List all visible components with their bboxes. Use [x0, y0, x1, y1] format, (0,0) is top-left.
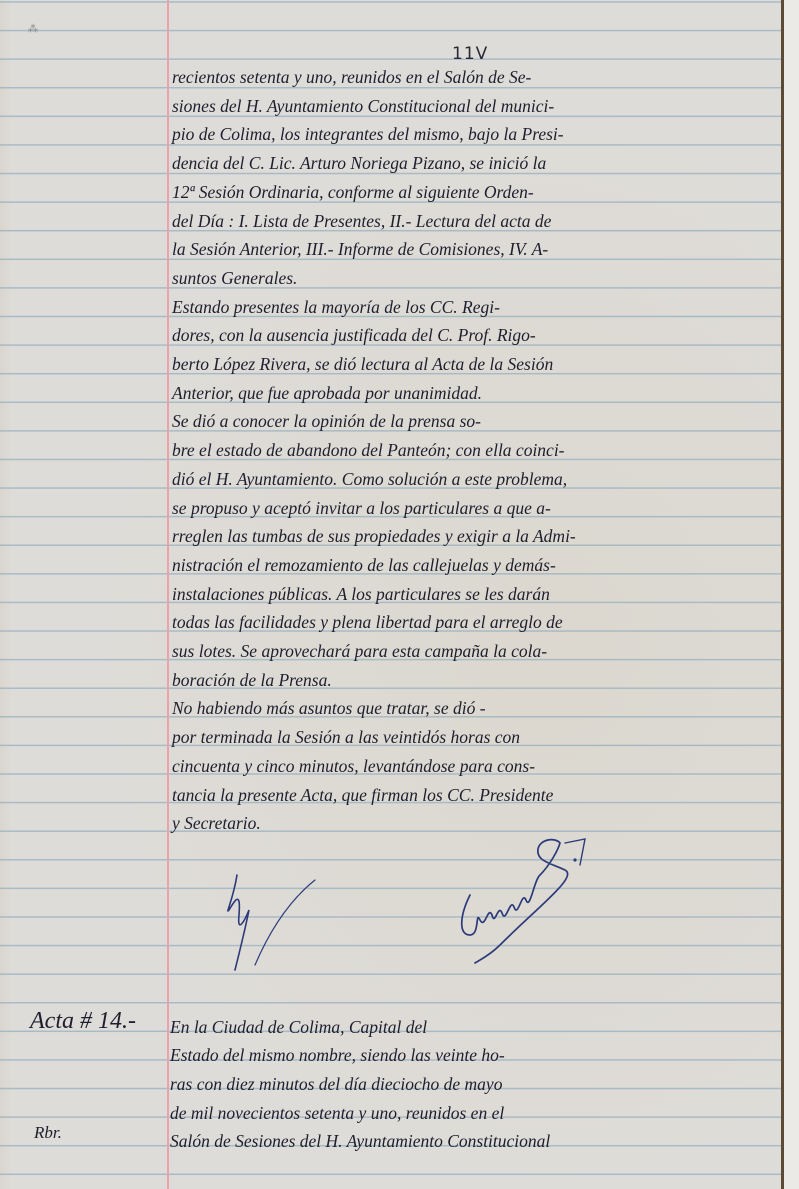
text-line: nistración el remozamiento de las callej… [172, 551, 556, 579]
text-line: pio de Colima, los integrantes del mismo… [172, 120, 564, 148]
text-line: berto López Rivera, se dió lectura al Ac… [172, 350, 553, 378]
text-line: tancia la presente Acta, que firman los … [172, 781, 553, 809]
text-line: En la Ciudad de Colima, Capital del [170, 1013, 427, 1041]
text-line: dencia del C. Lic. Arturo Noriega Pizano… [172, 149, 546, 177]
text-line: Estado del mismo nombre, siendo las vein… [170, 1041, 505, 1069]
text-line: por terminada la Sesión a las veintidós … [172, 723, 520, 751]
text-line: No habiendo más asuntos que tratar, se d… [172, 694, 486, 722]
text-line: dores, con la ausencia justificada del C… [172, 321, 536, 349]
red-margin-line [167, 0, 169, 1189]
adjacent-page-edge [784, 0, 799, 1189]
text-line: Estando presentes la mayoría de los CC. … [172, 293, 500, 321]
text-line: de mil novecientos setenta y uno, reunid… [170, 1099, 504, 1127]
text-line: del Día : I. Lista de Presentes, II.- Le… [172, 207, 551, 235]
signature-president [215, 870, 325, 980]
text-line: Anterior, que fue aprobada por unanimida… [172, 379, 482, 407]
text-line: bre el estado de abandono del Panteón; c… [172, 436, 565, 464]
text-line: Se dió a conocer la opinión de la prensa… [172, 407, 481, 435]
text-line: instalaciones públicas. A los particular… [172, 580, 550, 608]
text-line: siones del H. Ayuntamiento Constituciona… [172, 92, 554, 120]
acta-number-label: Acta # 14.- [30, 1006, 136, 1036]
text-line: sus lotes. Se aprovechará para esta camp… [172, 637, 547, 665]
text-line: Salón de Sesiones del H. Ayuntamiento Co… [170, 1127, 550, 1155]
text-line: todas las facilidades y plena libertad p… [172, 608, 563, 636]
text-line: boración de la Prensa. [172, 666, 332, 694]
text-line: 12ª Sesión Ordinaria, conforme al siguie… [172, 178, 534, 206]
text-line: suntos Generales. [172, 264, 297, 292]
text-line: ras con diez minutos del día dieciocho d… [170, 1070, 502, 1098]
corner-pencil-mark: ⁂ [28, 24, 38, 35]
signature-secretary [440, 835, 620, 975]
text-line: dió el H. Ayuntamiento. Como solución a … [172, 465, 567, 493]
text-line: recientos setenta y uno, reunidos en el … [172, 63, 531, 91]
text-line: la Sesión Anterior, III.- Informe de Com… [172, 235, 548, 263]
folio-number: 11V [452, 44, 488, 64]
text-line: y Secretario. [172, 809, 261, 837]
margin-initials: Rbr. [34, 1118, 62, 1148]
text-line: cincuenta y cinco minutos, levantándose … [172, 752, 535, 780]
text-line: rreglen las tumbas de sus propiedades y … [172, 522, 576, 550]
text-line: se propuso y aceptó invitar a los partic… [172, 494, 551, 522]
